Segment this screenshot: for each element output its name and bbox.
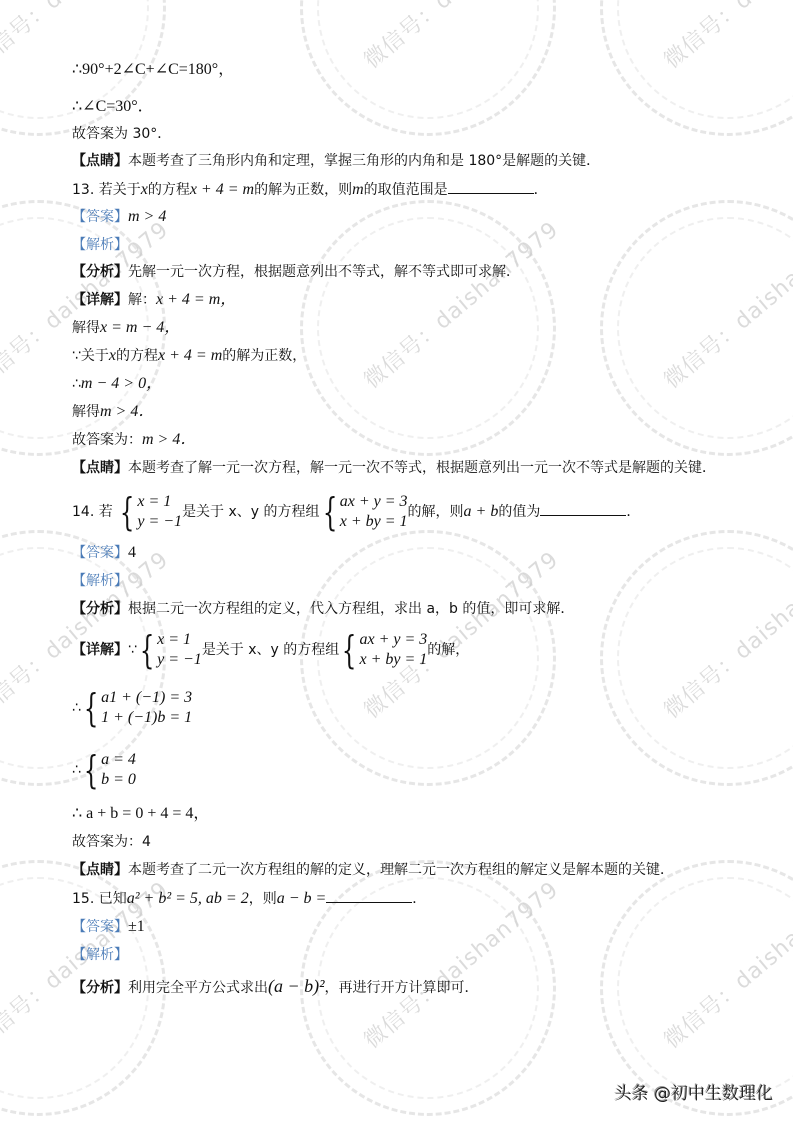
dianjing-text: 本题考查了二元一次方程组的解的定义，理解二元一次方程组的解定义是解本题的关键． (128, 862, 674, 878)
solution-line: 解得x = m − 4， (72, 318, 180, 338)
math: m > 4． (142, 431, 196, 448)
answer-value: ±1 (128, 918, 145, 935)
solution-line: ∴90°+2∠C+∠C=180°， (72, 60, 234, 80)
xiangjie-tag: 【详解】 (72, 642, 128, 658)
text: 的解， (427, 642, 469, 658)
math-row: x + by = 1 (340, 512, 408, 532)
math-row: y = −1 (137, 512, 182, 532)
answer-tag: 【答案】 (72, 919, 128, 935)
math-row: 1 + (−1)b = 1 (101, 708, 192, 728)
left-brace-icon: { (120, 493, 135, 531)
math: x (141, 181, 148, 198)
text: ，再进行开方计算即可． (325, 980, 479, 996)
text: 的值为 (498, 504, 540, 520)
math-row: a1 + (−1) = 3 (101, 688, 192, 708)
fenxi-tag: 【分析】 (72, 980, 128, 996)
math: a² + b² = 5, ab = 2 (127, 890, 249, 907)
answer-tag: 【答案】 (72, 545, 128, 561)
result-line: ∴{a = 4b = 0 (72, 748, 136, 792)
equation-system: {ax + y = 3x + by = 1 (320, 492, 408, 532)
text: 的解为正数， (222, 348, 306, 364)
math-row: ax + y = 3 (340, 492, 408, 512)
answer-value: m > 4 (128, 208, 166, 225)
period: ． (626, 504, 640, 520)
answer-value: 4 (128, 544, 136, 561)
math: a + b (464, 503, 499, 520)
solution-line: ∴ a + b = 0 + 4 = 4， (72, 804, 209, 824)
math-row: y = −1 (157, 650, 202, 670)
text: ，则 (249, 891, 277, 907)
text: 的解，则 (408, 504, 464, 520)
solution-line: ∴∠C=30°． (72, 97, 154, 117)
solution-line: ∴m − 4 > 0， (72, 374, 162, 394)
answer-blank (540, 501, 626, 516)
dianjing-tag: 【点睛】 (72, 153, 128, 169)
solution-system: {x = 1y = −1 (137, 630, 202, 670)
math: m − 4 > 0， (81, 375, 162, 392)
text: 已知 (99, 891, 127, 907)
math: a − b = (277, 890, 327, 907)
math-row: x = 1 (137, 492, 182, 512)
substituted-system: {a1 + (−1) = 31 + (−1)b = 1 (81, 688, 192, 728)
math: m (352, 181, 364, 198)
fenxi-tag: 【分析】 (72, 264, 128, 280)
math-row: a = 4 (101, 750, 136, 770)
math: m > 4． (100, 403, 154, 420)
math: x + 4 = m (190, 181, 254, 198)
left-brace-icon: { (84, 751, 99, 789)
dianjing-text: 本题考查了解一元一次方程，解一元一次不等式，根据题意列出一元一次不等式是解题的关… (128, 460, 716, 476)
question-14: 14. 若 {x = 1y = −1是关于 x、y 的方程组{ax + y = … (72, 490, 640, 534)
solution-line: 解得m > 4． (72, 402, 154, 422)
dianjing-line: 【点睛】本题考查了三角形内角和定理，掌握三角形的内角和是 180°是解题的关键． (72, 151, 600, 171)
math: x = m − 4， (100, 319, 180, 336)
math-row: b = 0 (101, 770, 136, 790)
period: ． (412, 891, 426, 907)
stem-text: 的取值范围是 (364, 182, 448, 198)
math: (a − b)² (268, 976, 325, 996)
answer-tag: 【答案】 (72, 209, 128, 225)
result-system: {a = 4b = 0 (81, 750, 136, 790)
answer-line: 【答案】4 (72, 543, 136, 563)
text: 是关于 x、y 的方程组 (182, 504, 319, 520)
substitution-line: ∴{a1 + (−1) = 31 + (−1)b = 1 (72, 686, 192, 730)
fenxi-line: 【分析】先解一元一次方程，根据题意列出不等式，解不等式即可求解． (72, 262, 520, 282)
therefore-symbol: ∴ (72, 376, 81, 392)
left-brace-icon: { (322, 493, 337, 531)
text: 利用完全平方公式求出 (128, 980, 268, 996)
text: ∵关于 (72, 348, 109, 364)
dianjing-line: 【点睛】本题考查了解一元一次方程，解一元一次不等式，根据题意列出一元一次不等式是… (72, 458, 716, 478)
text: 故答案为： (72, 432, 142, 448)
math-row: x + by = 1 (359, 650, 427, 670)
because-symbol: ∵ (128, 642, 137, 658)
left-brace-icon: { (84, 689, 99, 727)
question-15: 15. 已知a² + b² = 5, ab = 2，则a − b =． (72, 888, 426, 909)
therefore-symbol: ∴ (72, 762, 81, 778)
answer-blank (448, 179, 534, 194)
text: 若 (99, 504, 113, 520)
text: 是关于 x、y 的方程组 (202, 642, 339, 658)
fenxi-text: 先解一元一次方程，根据题意列出不等式，解不等式即可求解． (128, 264, 520, 280)
analysis-tag: 【解析】 (72, 571, 128, 591)
document-page: ∴90°+2∠C+∠C=180°， ∴∠C=30°． 故答案为 30°． 【点睛… (0, 0, 793, 1122)
analysis-tag: 【解析】 (72, 235, 128, 255)
analysis-tag: 【解析】 (72, 945, 128, 965)
question-number: 13. (72, 182, 94, 198)
answer-blank (326, 888, 412, 903)
math-row: ax + y = 3 (359, 630, 427, 650)
solution-line: 故答案为 30°． (72, 124, 171, 144)
fenxi-line: 【分析】根据二元一次方程组的定义，代入方程组，求出 a，b 的值，即可求解． (72, 599, 574, 619)
fenxi-text: 根据二元一次方程组的定义，代入方程组，求出 a，b 的值，即可求解． (128, 601, 574, 617)
dianjing-text: 本题考查了三角形内角和定理，掌握三角形的内角和是 180°是解题的关键． (128, 153, 600, 169)
text: 解得 (72, 320, 100, 336)
math: x (109, 347, 116, 364)
question-number: 14. (72, 504, 94, 520)
answer-line: 【答案】m > 4 (72, 207, 166, 227)
math-row: x = 1 (157, 630, 202, 650)
therefore-symbol: ∴ (72, 700, 81, 716)
solution-line: 故答案为：m > 4． (72, 430, 196, 450)
math: x + 4 = m (158, 347, 222, 364)
xiangjie-line: 【详解】∵{x = 1y = −1是关于 x、y 的方程组{ax + y = 3… (72, 628, 469, 672)
text: 解得 (72, 404, 100, 420)
period: ． (534, 182, 548, 198)
solution-line: ∵关于x的方程x + 4 = m的解为正数， (72, 346, 306, 366)
fenxi-line: 【分析】利用完全平方公式求出(a − b)²，再进行开方计算即可． (72, 976, 479, 998)
question-number: 15. (72, 891, 94, 907)
question-13: 13. 若关于x的方程x + 4 = m的解为正数，则m的取值范围是． (72, 179, 548, 200)
fenxi-tag: 【分析】 (72, 601, 128, 617)
left-brace-icon: { (342, 631, 357, 669)
xiangjie-tag: 【详解】 (72, 292, 128, 308)
xiangjie-line: 【详解】解：x + 4 = m， (72, 290, 236, 310)
solution-line: 故答案为：4 (72, 832, 151, 852)
stem-text: 的方程 (148, 182, 190, 198)
equation-system: {ax + y = 3x + by = 1 (339, 630, 427, 670)
source-watermark: 头条 @初中生数理化 (615, 1079, 773, 1104)
dianjing-tag: 【点睛】 (72, 862, 128, 878)
stem-text: 若关于 (99, 182, 141, 198)
solution-system: {x = 1y = −1 (117, 492, 182, 532)
answer-line: 【答案】±1 (72, 917, 145, 937)
xiangjie-text: 解： (128, 292, 156, 308)
left-brace-icon: { (140, 631, 155, 669)
dianjing-line: 【点睛】本题考查了二元一次方程组的解的定义，理解二元一次方程组的解定义是解本题的… (72, 860, 674, 880)
math: x + 4 = m， (156, 291, 236, 308)
dianjing-tag: 【点睛】 (72, 460, 128, 476)
text: 的方程 (116, 348, 158, 364)
stem-text: 的解为正数，则 (254, 182, 352, 198)
